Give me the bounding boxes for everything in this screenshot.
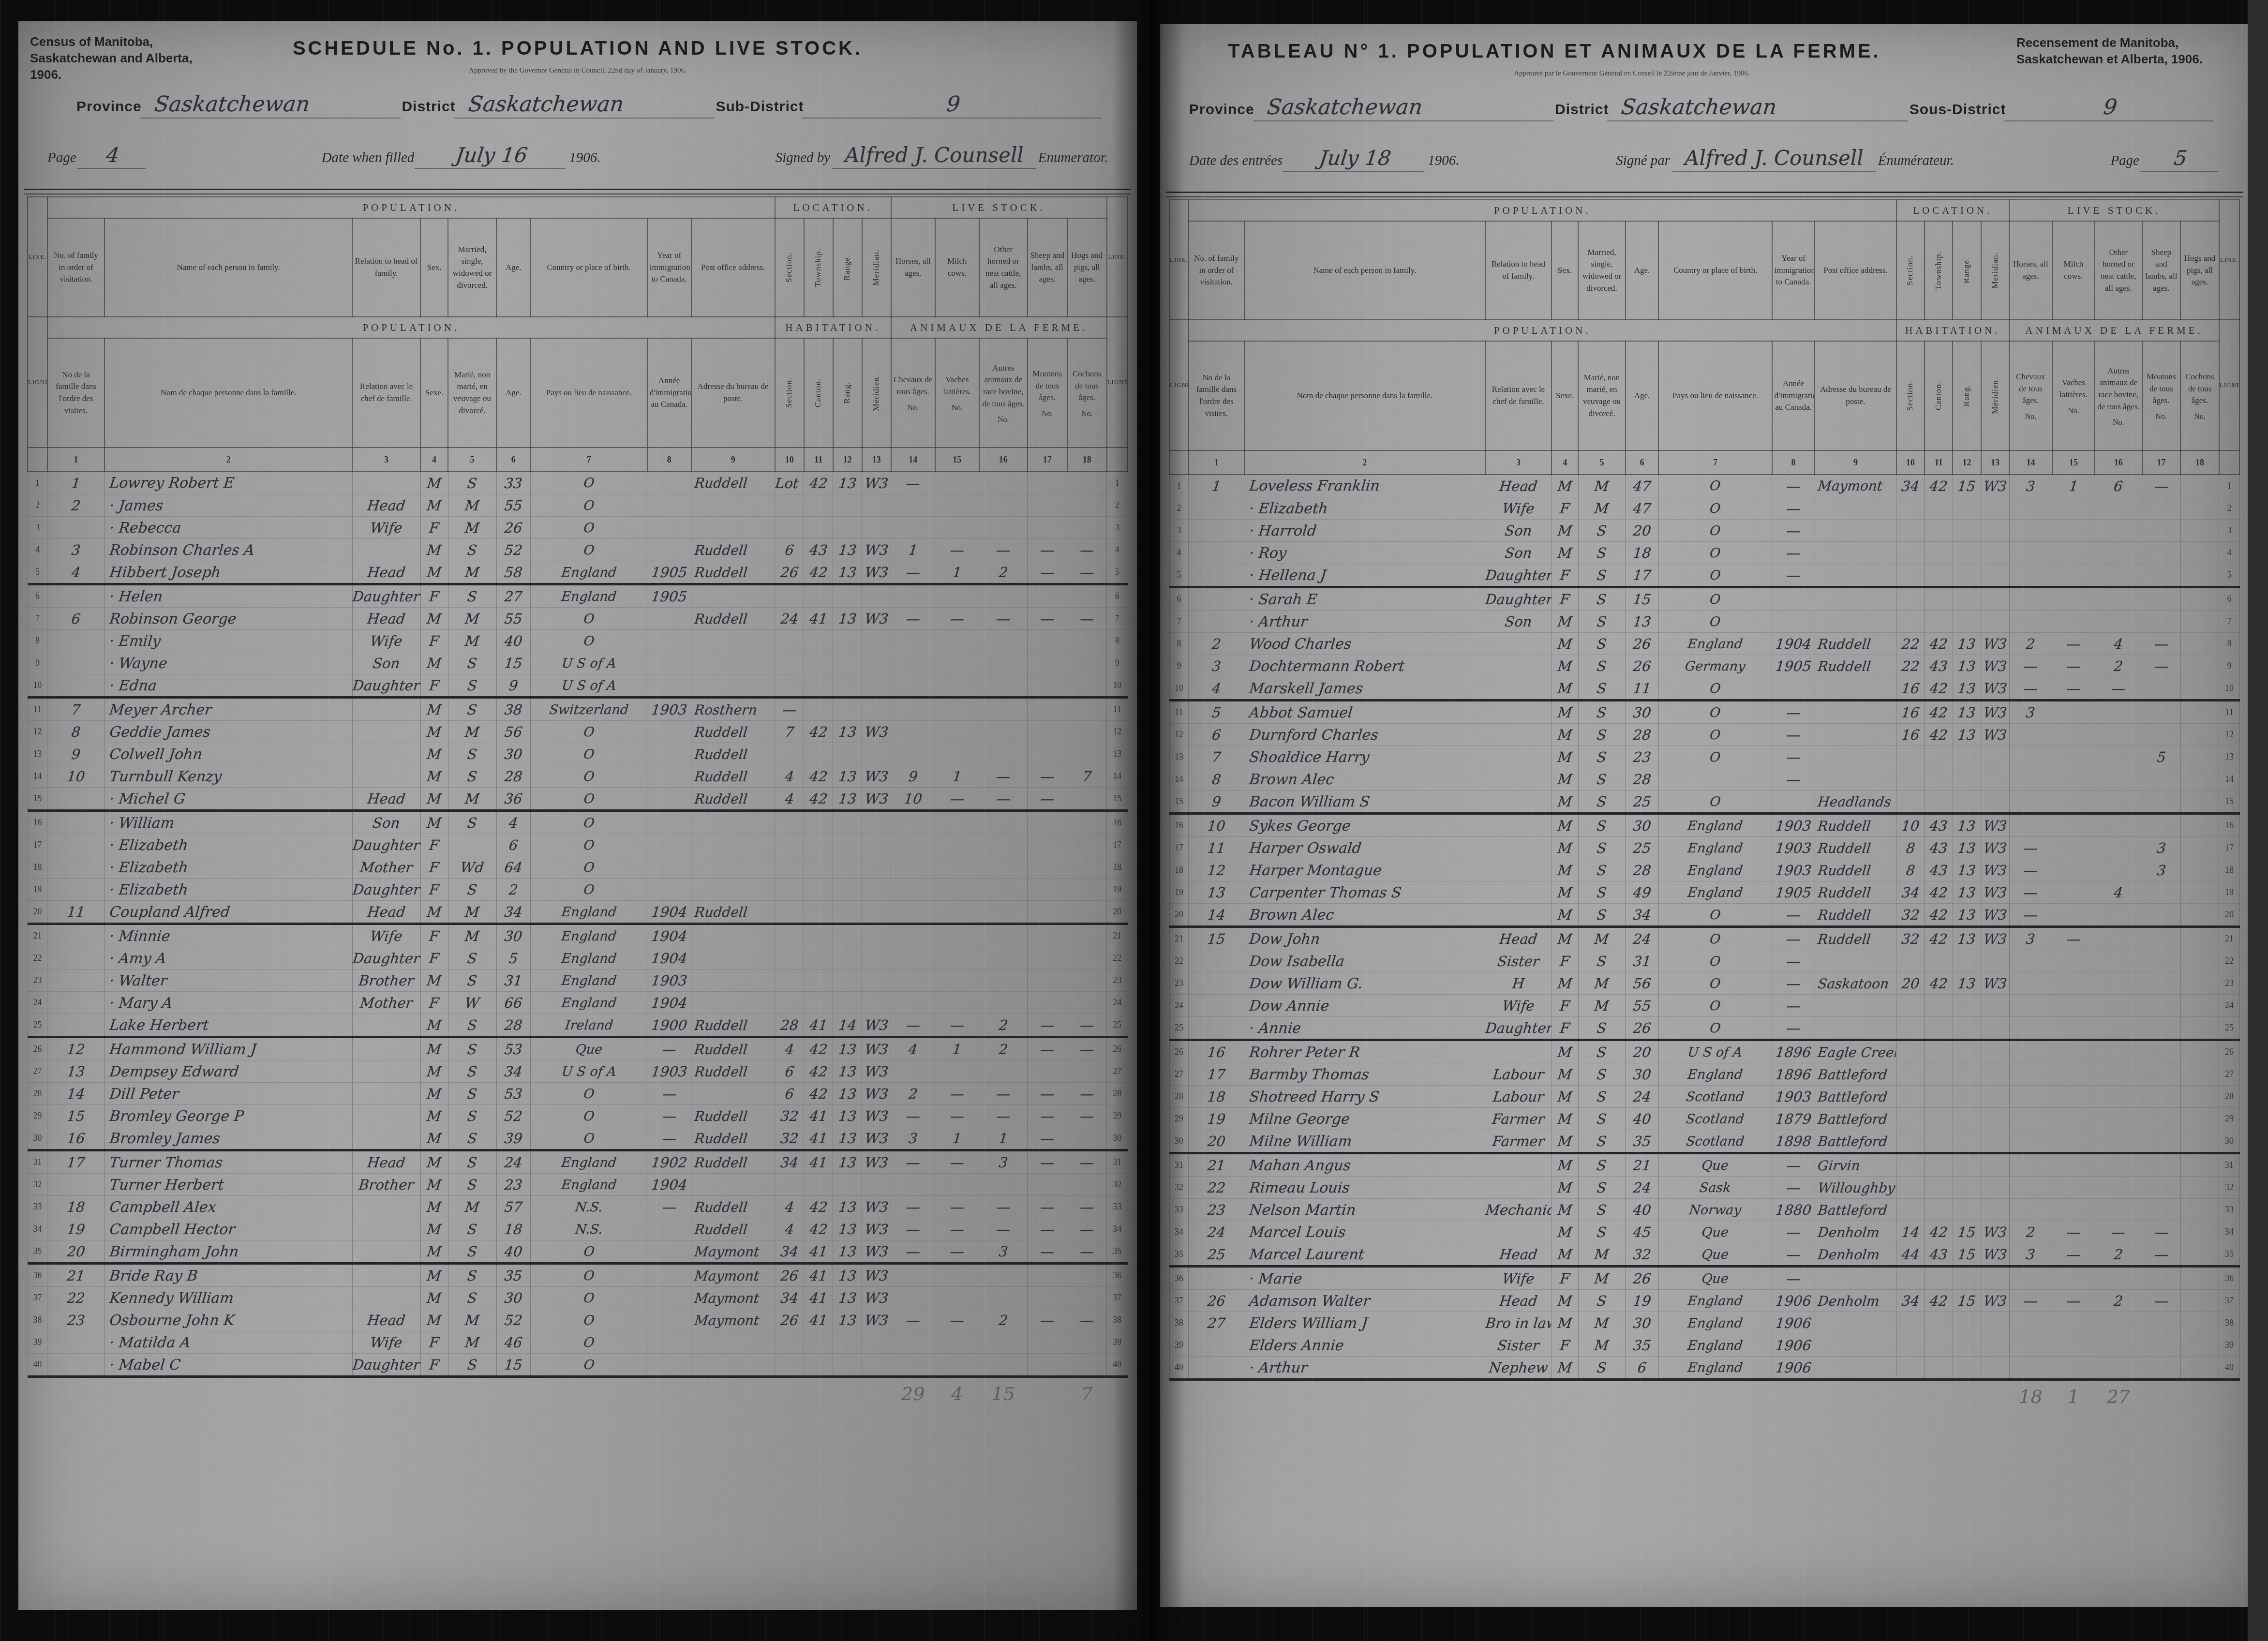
cell-twp (1923, 1357, 1954, 1380)
table-row: 76Robinson GeorgeHeadMM55ORuddell244113W… (28, 608, 1128, 630)
cell-ls (2179, 927, 2221, 950)
census-page-left: Census of Manitoba, Saskatchewan and Alb… (18, 21, 1137, 1610)
cell-name: · Mabel C (104, 1354, 354, 1377)
cell-fam: 8 (1187, 768, 1245, 791)
cell-ls: — (2141, 475, 2182, 497)
cell-ls (934, 856, 980, 879)
cell-po: Ruddell (1814, 837, 1897, 859)
table-row: 3020Milne WilliamFarmerMS35Scotland1898B… (1169, 1130, 2239, 1153)
cell-po: Ruddell (1814, 814, 1897, 837)
cell-name: Shotreed Harry S (1243, 1086, 1486, 1108)
cell-rel: Wife (351, 630, 422, 652)
cell-twp: 41 (803, 1240, 834, 1264)
line-number: 29 (1169, 1108, 1189, 1130)
table-row: 82Wood CharlesMS26England1904Ruddell2242… (1169, 633, 2239, 655)
col-header-text: Vaches laitières. (936, 373, 979, 399)
cell-ls: — (1066, 1240, 1108, 1264)
line-number: 15 (1169, 791, 1189, 814)
cell-twp: 41 (803, 1309, 834, 1331)
cell-ls (934, 1287, 980, 1309)
cell-ls: — (2008, 655, 2053, 677)
cell-po: Ruddell (690, 788, 776, 811)
cell-twp: 41 (803, 1150, 834, 1174)
cell-ls: — (2141, 1221, 2181, 1243)
cell-age: 34 (495, 901, 532, 924)
cell-rel (1484, 701, 1552, 724)
cell-rge (1952, 1108, 1982, 1130)
cell-mar: S (1577, 520, 1626, 542)
cell-ls (2141, 611, 2181, 633)
col-header-fr: Année d'immigration au Canada. (647, 338, 691, 448)
cell-birth: O (529, 721, 648, 743)
cell-fam: 11 (46, 901, 105, 924)
cell-name: Adamson Walter (1243, 1290, 1486, 1312)
cell-po: Maymont (690, 1264, 776, 1287)
cell-mer (861, 1331, 892, 1354)
line-number: 35 (1169, 1243, 1189, 1267)
cell-twp (803, 652, 834, 674)
cell-rge: 15 (1952, 475, 1982, 497)
cell-ls: — (978, 765, 1029, 788)
cell-yr: 1896 (1771, 1040, 1816, 1063)
cell-birth: Que (1657, 1221, 1773, 1243)
cell-twp: 41 (803, 1287, 834, 1309)
cell-sex: M (1551, 633, 1580, 655)
cell-birth: Que (529, 1037, 648, 1060)
cell-rel: Head (351, 494, 422, 517)
table-row: 1812Harper MontagueMS28England1903Ruddel… (1169, 859, 2239, 881)
cell-ls (978, 517, 1029, 539)
line-number: 5 (2219, 564, 2239, 587)
cell-ls: 4 (2094, 633, 2143, 655)
cell-name: Birmingham John (104, 1240, 354, 1264)
cell-mar: M (447, 901, 497, 924)
cell-ls (1026, 1287, 1068, 1309)
cell-po: Ruddell (690, 901, 776, 924)
cell-birth: England (529, 992, 648, 1014)
cell-fam (1187, 1267, 1245, 1290)
line-number: 18 (2219, 859, 2239, 881)
line-number: 9 (1169, 655, 1189, 677)
cell-mar: S (1577, 904, 1626, 927)
cell-ls (934, 517, 980, 539)
cell-ls (1026, 879, 1068, 901)
cell-birth: N.S. (529, 1196, 648, 1218)
cell-rel: Sister (1484, 950, 1552, 972)
cell-ls (978, 992, 1029, 1014)
cell-mar: S (1577, 677, 1626, 701)
cell-ls: 7 (1066, 765, 1108, 788)
date-value: July 18 (1283, 146, 1428, 172)
cell-ls (890, 879, 936, 901)
cell-ls (2094, 497, 2143, 520)
cell-ls: — (1066, 1105, 1108, 1127)
cell-fam: 7 (46, 698, 105, 721)
cell-yr: 1904 (646, 947, 692, 970)
line-number: 21 (1169, 927, 1189, 950)
province-line: Province Saskatchewan District Saskatche… (1189, 95, 2215, 121)
cell-sex: M (419, 1150, 449, 1174)
cell-ls: 1 (890, 539, 936, 561)
cell-ls (934, 1060, 980, 1083)
cell-sex: M (1550, 814, 1579, 837)
blank-cell (1169, 1380, 1189, 1413)
cell-ls: — (934, 1083, 980, 1105)
cell-ls (934, 811, 980, 834)
col-header-text: No de la famille dans l'ordre des visite… (1189, 371, 1244, 421)
header-band-french: LIGNE.POPULATION.HABITATION.ANIMAUX DE L… (1169, 320, 2239, 341)
cell-age: 15 (495, 652, 532, 674)
cell-ls (2051, 1086, 2096, 1108)
cell-ls (2141, 1086, 2181, 1108)
cell-po (1814, 950, 1897, 972)
cell-sex: M (419, 1287, 449, 1309)
line-number: 6 (1107, 584, 1128, 608)
cell-age: 20 (1624, 1040, 1660, 1063)
cell-age: 28 (495, 1014, 532, 1037)
col-header: Hogs and pigs, all ages. (1067, 218, 1107, 317)
cell-ls (2051, 995, 2096, 1017)
cell-yr (646, 1240, 692, 1264)
cell-po (1814, 497, 1897, 520)
header-band-english: LINE.POPULATION.LOCATION.LIVE STOCK.LINE… (28, 197, 1128, 218)
cell-rel (351, 1127, 422, 1150)
cell-po (690, 856, 776, 879)
line-number: 26 (1169, 1040, 1189, 1063)
cell-rel (1484, 724, 1552, 746)
cell-po (690, 494, 776, 517)
cell-ls: — (2051, 927, 2096, 950)
cell-twp: 42 (1924, 724, 1954, 746)
header-band-english: LINE.POPULATION.LOCATION.LIVE STOCK.LINE… (1169, 200, 2239, 221)
cell-fam (46, 1331, 106, 1354)
line-blank (2219, 450, 2239, 475)
cell-ls: — (2051, 1221, 2096, 1243)
cell-age: 28 (1624, 859, 1659, 881)
cell-birth: Que (1657, 1267, 1774, 1290)
cell-sec: 16 (1895, 724, 1925, 746)
cell-ls (2094, 520, 2143, 542)
line-number: 4 (28, 539, 47, 561)
cell-sex: M (419, 765, 449, 788)
cell-name: · Arthur (1243, 611, 1486, 633)
cell-sex: M (1551, 768, 1580, 791)
cell-po: Maymont (1814, 475, 1897, 497)
cell-rel (1484, 791, 1552, 814)
col-header-text: Name of each person in family. (1245, 264, 1485, 278)
col-header-fr: Chevaux de tous âges.No. (2009, 341, 2052, 450)
table-row: 115Abbot SamuelMS30O—164213W3311 (1169, 701, 2239, 724)
cell-sec: 20 (1895, 972, 1925, 995)
cell-sex: M (1551, 1177, 1580, 1199)
cell-name: Bride Ray B (104, 1264, 354, 1287)
cell-sec: 44 (1895, 1243, 1925, 1267)
cell-ls (2094, 904, 2143, 927)
cell-age: 32 (1624, 1243, 1660, 1267)
cell-fam: 7 (1187, 746, 1245, 768)
col-header-fr: Canton. (804, 338, 833, 448)
cell-ls (978, 1174, 1029, 1196)
cell-yr (646, 1354, 692, 1377)
col-header-text: Meridian. (1987, 251, 2003, 290)
cell-yr (646, 1264, 692, 1287)
col-header-text: Section. (1902, 379, 1918, 412)
cell-fam: 18 (1187, 1086, 1245, 1108)
cell-birth: Sask (1657, 1177, 1773, 1199)
col-header-text: Autres animaux de race bovine, de tous â… (980, 361, 1027, 411)
cell-ls (2094, 972, 2143, 995)
cell-po (690, 517, 776, 539)
cell-twp (803, 834, 834, 856)
table-row: 21· MinnieWifeFM30England190421 (28, 924, 1128, 947)
cell-ls: — (978, 1196, 1029, 1218)
cell-age: 36 (495, 788, 532, 811)
cell-mar: S (1577, 633, 1626, 655)
cell-yr (1771, 611, 1816, 633)
cell-mar: S (1577, 1086, 1626, 1108)
census-page-right: Recensement de Manitoba, Saskatchewan et… (1160, 24, 2249, 1607)
year-value: 1906. (569, 150, 600, 165)
cell-age: 33 (495, 472, 532, 494)
cell-rge (1952, 542, 1982, 564)
cell-name: Barmby Thomas (1243, 1063, 1486, 1086)
cell-rge (1952, 587, 1982, 611)
cell-age: 30 (495, 1287, 532, 1309)
cell-fam (1187, 1357, 1245, 1380)
cell-birth: O (1657, 724, 1773, 746)
col-header-text: No. of family in order of visitation. (48, 249, 104, 286)
cell-rel (351, 698, 422, 721)
cell-name: · Michel G (104, 788, 354, 811)
cell-rel: Mechanic (1484, 1199, 1552, 1221)
cell-rge (832, 517, 863, 539)
cell-mar: S (1577, 1177, 1626, 1199)
cell-yr: 1905 (1771, 655, 1816, 677)
cell-yr (646, 811, 692, 834)
cell-rel: Sister (1484, 1334, 1552, 1357)
cell-ls (2141, 1130, 2182, 1153)
cell-ls (1066, 1127, 1108, 1150)
cell-ls: — (2051, 633, 2096, 655)
line-number: 30 (1107, 1127, 1128, 1150)
cell-birth: England (529, 970, 648, 992)
cell-ls: — (1026, 561, 1068, 584)
cell-rel: Daughter (351, 1354, 422, 1377)
cell-mer (1980, 1130, 2010, 1153)
table-row: 2612Hammond William JMS53Que—Ruddell4421… (28, 1037, 1128, 1060)
cell-sec (774, 630, 805, 652)
cell-ls (890, 674, 936, 698)
line-number: 26 (1107, 1037, 1128, 1060)
cell-rel: Son (351, 811, 422, 834)
cell-fam: 24 (1187, 1221, 1245, 1243)
cell-name: Carpenter Thomas S (1243, 881, 1486, 904)
cell-ls: 2 (978, 1014, 1029, 1037)
cell-sec (774, 901, 805, 924)
line-number: 38 (1169, 1312, 1189, 1334)
cell-ls: — (890, 561, 936, 584)
cell-ls: — (978, 608, 1029, 630)
col-header: Other horned or neat cattle, all ages. (2095, 221, 2142, 320)
cell-fam (1187, 995, 1245, 1017)
cell-ls: — (2141, 1243, 2182, 1267)
line-blank (28, 448, 47, 472)
cell-twp (1924, 1312, 1954, 1334)
col-header-text: Pays ou lieu de naissance. (531, 386, 647, 400)
blank-cell (1552, 1380, 1578, 1413)
cell-ls: — (2008, 677, 2054, 701)
cell-ls (2141, 950, 2181, 972)
cell-ls: — (2051, 1290, 2096, 1312)
table-row: 2· ElizabethWifeFM47O—2 (1169, 497, 2239, 520)
cell-rel: Wife (351, 517, 422, 539)
blank-cell (1925, 1380, 1953, 1413)
cell-rge (832, 743, 863, 765)
cell-ls (2141, 904, 2182, 927)
table-row: 4· RoySonMS18O—4 (1169, 542, 2239, 564)
cell-ls (934, 1354, 980, 1377)
cell-twp (803, 630, 834, 652)
cell-rel: Head (351, 1309, 422, 1331)
cell-mar: M (447, 788, 497, 811)
cell-mer: W3 (861, 1083, 892, 1105)
cell-ls (890, 1060, 936, 1083)
cell-ls (978, 947, 1029, 970)
cell-name: Bromley George P (104, 1105, 354, 1127)
cell-sex: F (419, 584, 449, 608)
cell-ls (1066, 584, 1108, 608)
line-number: 34 (2219, 1221, 2239, 1243)
line-number: 26 (28, 1037, 47, 1060)
cell-ls (2051, 1153, 2096, 1177)
cell-ls (2141, 587, 2182, 611)
table-row: 93Dochtermann RobertMS26Germany1905Rudde… (1169, 655, 2239, 677)
cell-ls (2051, 837, 2096, 859)
cell-ls (934, 1264, 980, 1287)
cell-rel: Daughter (1484, 587, 1552, 611)
cell-sex: M (1550, 1040, 1579, 1063)
cell-ls (2008, 746, 2053, 768)
cell-sex: M (1551, 724, 1580, 746)
cell-ls (890, 901, 936, 924)
cell-yr: 1880 (1771, 1199, 1816, 1221)
cell-sex: M (1550, 1153, 1579, 1177)
column-titles-english: No. of family in order of visitation.Nam… (1169, 221, 2239, 320)
cell-mar: M (447, 608, 498, 630)
cell-ls (890, 698, 936, 721)
cell-ls (2179, 1040, 2221, 1063)
cell-ls (2179, 814, 2221, 837)
cell-mer: W3 (861, 472, 892, 494)
col-number: 5 (448, 448, 496, 472)
enumerator-label: Enumerator. (1038, 150, 1108, 165)
cell-age: 30 (1624, 701, 1660, 724)
cell-ls: 2 (2094, 1243, 2143, 1267)
cell-ls (2094, 1357, 2143, 1380)
line-number: 11 (28, 698, 47, 721)
cell-ls (978, 1287, 1029, 1309)
line-number: 12 (2219, 724, 2239, 746)
cell-sec (1895, 1040, 1925, 1063)
cell-ls (934, 924, 980, 947)
line-number: 6 (28, 584, 47, 608)
line-blank (1169, 450, 1189, 475)
col-header-text: Nom de chaque personne dans la famille. (105, 386, 352, 400)
cell-rel: Brother (351, 970, 422, 992)
cell-age: 24 (1624, 927, 1660, 950)
cell-yr: 1903 (646, 970, 692, 992)
cell-rge: 13 (832, 721, 863, 743)
province-value: Saskatchewan (1253, 95, 1556, 121)
cell-name: · Helen (104, 584, 354, 608)
cell-sex: F (1550, 564, 1579, 587)
cell-mar: S (1577, 1017, 1626, 1040)
col-header-text: Other horned or neat cattle, all ages. (2095, 246, 2141, 296)
cell-name: · Arthur (1243, 1357, 1486, 1380)
cell-age: 35 (1624, 1334, 1659, 1357)
col-header-text: Nom de chaque personne dans la famille. (1245, 389, 1485, 403)
cell-rge: 13 (1952, 677, 1982, 701)
cell-name: Rimeau Louis (1243, 1177, 1486, 1199)
cell-mar: S (1577, 1357, 1626, 1380)
cell-yr: — (1771, 1153, 1816, 1177)
cell-ls (934, 970, 980, 992)
cell-twp (1923, 1017, 1954, 1040)
cell-sec: 26 (774, 1264, 805, 1287)
cell-mer: W3 (1980, 904, 2010, 927)
cell-age: 9 (495, 674, 532, 698)
cell-sex: M (419, 494, 449, 517)
cell-mer (861, 947, 892, 970)
cell-fam: 14 (1187, 904, 1245, 927)
cell-rge (832, 970, 863, 992)
cell-twp: 42 (803, 472, 834, 494)
cell-ls: — (978, 1218, 1029, 1240)
cell-rge: 13 (832, 1150, 863, 1174)
cell-ls: 3 (2141, 859, 2181, 881)
cell-ls: 2 (978, 561, 1029, 584)
line-column-header: LIGNE. (2219, 320, 2239, 450)
cell-po (1814, 677, 1897, 701)
cell-birth: O (529, 1105, 648, 1127)
cell-ls (2179, 1334, 2220, 1357)
cell-rel: Wife (1484, 497, 1552, 520)
subdistrict-value: 9 (803, 92, 1104, 119)
population-group-header-fr: POPULATION. (1189, 320, 1896, 341)
cell-birth: O (1657, 791, 1774, 814)
cell-sec (1895, 520, 1925, 542)
cell-twp (1924, 1199, 1954, 1221)
cell-ls (1026, 834, 1068, 856)
cell-sec (1895, 564, 1925, 587)
cell-ls (2141, 1312, 2181, 1334)
cell-ls: 2 (2008, 1221, 2053, 1243)
cell-sec (1895, 768, 1925, 791)
cell-rel (1484, 768, 1552, 791)
cell-rel (1484, 859, 1552, 881)
cell-ls (978, 698, 1029, 721)
cell-fam: 15 (1187, 927, 1245, 950)
cell-mar: S (1577, 1130, 1626, 1153)
cell-mer: W3 (1980, 701, 2010, 724)
cell-rge (1952, 995, 1982, 1017)
cell-age: 34 (495, 1060, 532, 1083)
col-header-text: Chevaux de tous âges. (892, 373, 935, 399)
cell-rge (1952, 1153, 1982, 1177)
cell-name: · Edna (104, 674, 354, 698)
cell-ls (2051, 724, 2096, 746)
cell-mer (1980, 1177, 2010, 1199)
